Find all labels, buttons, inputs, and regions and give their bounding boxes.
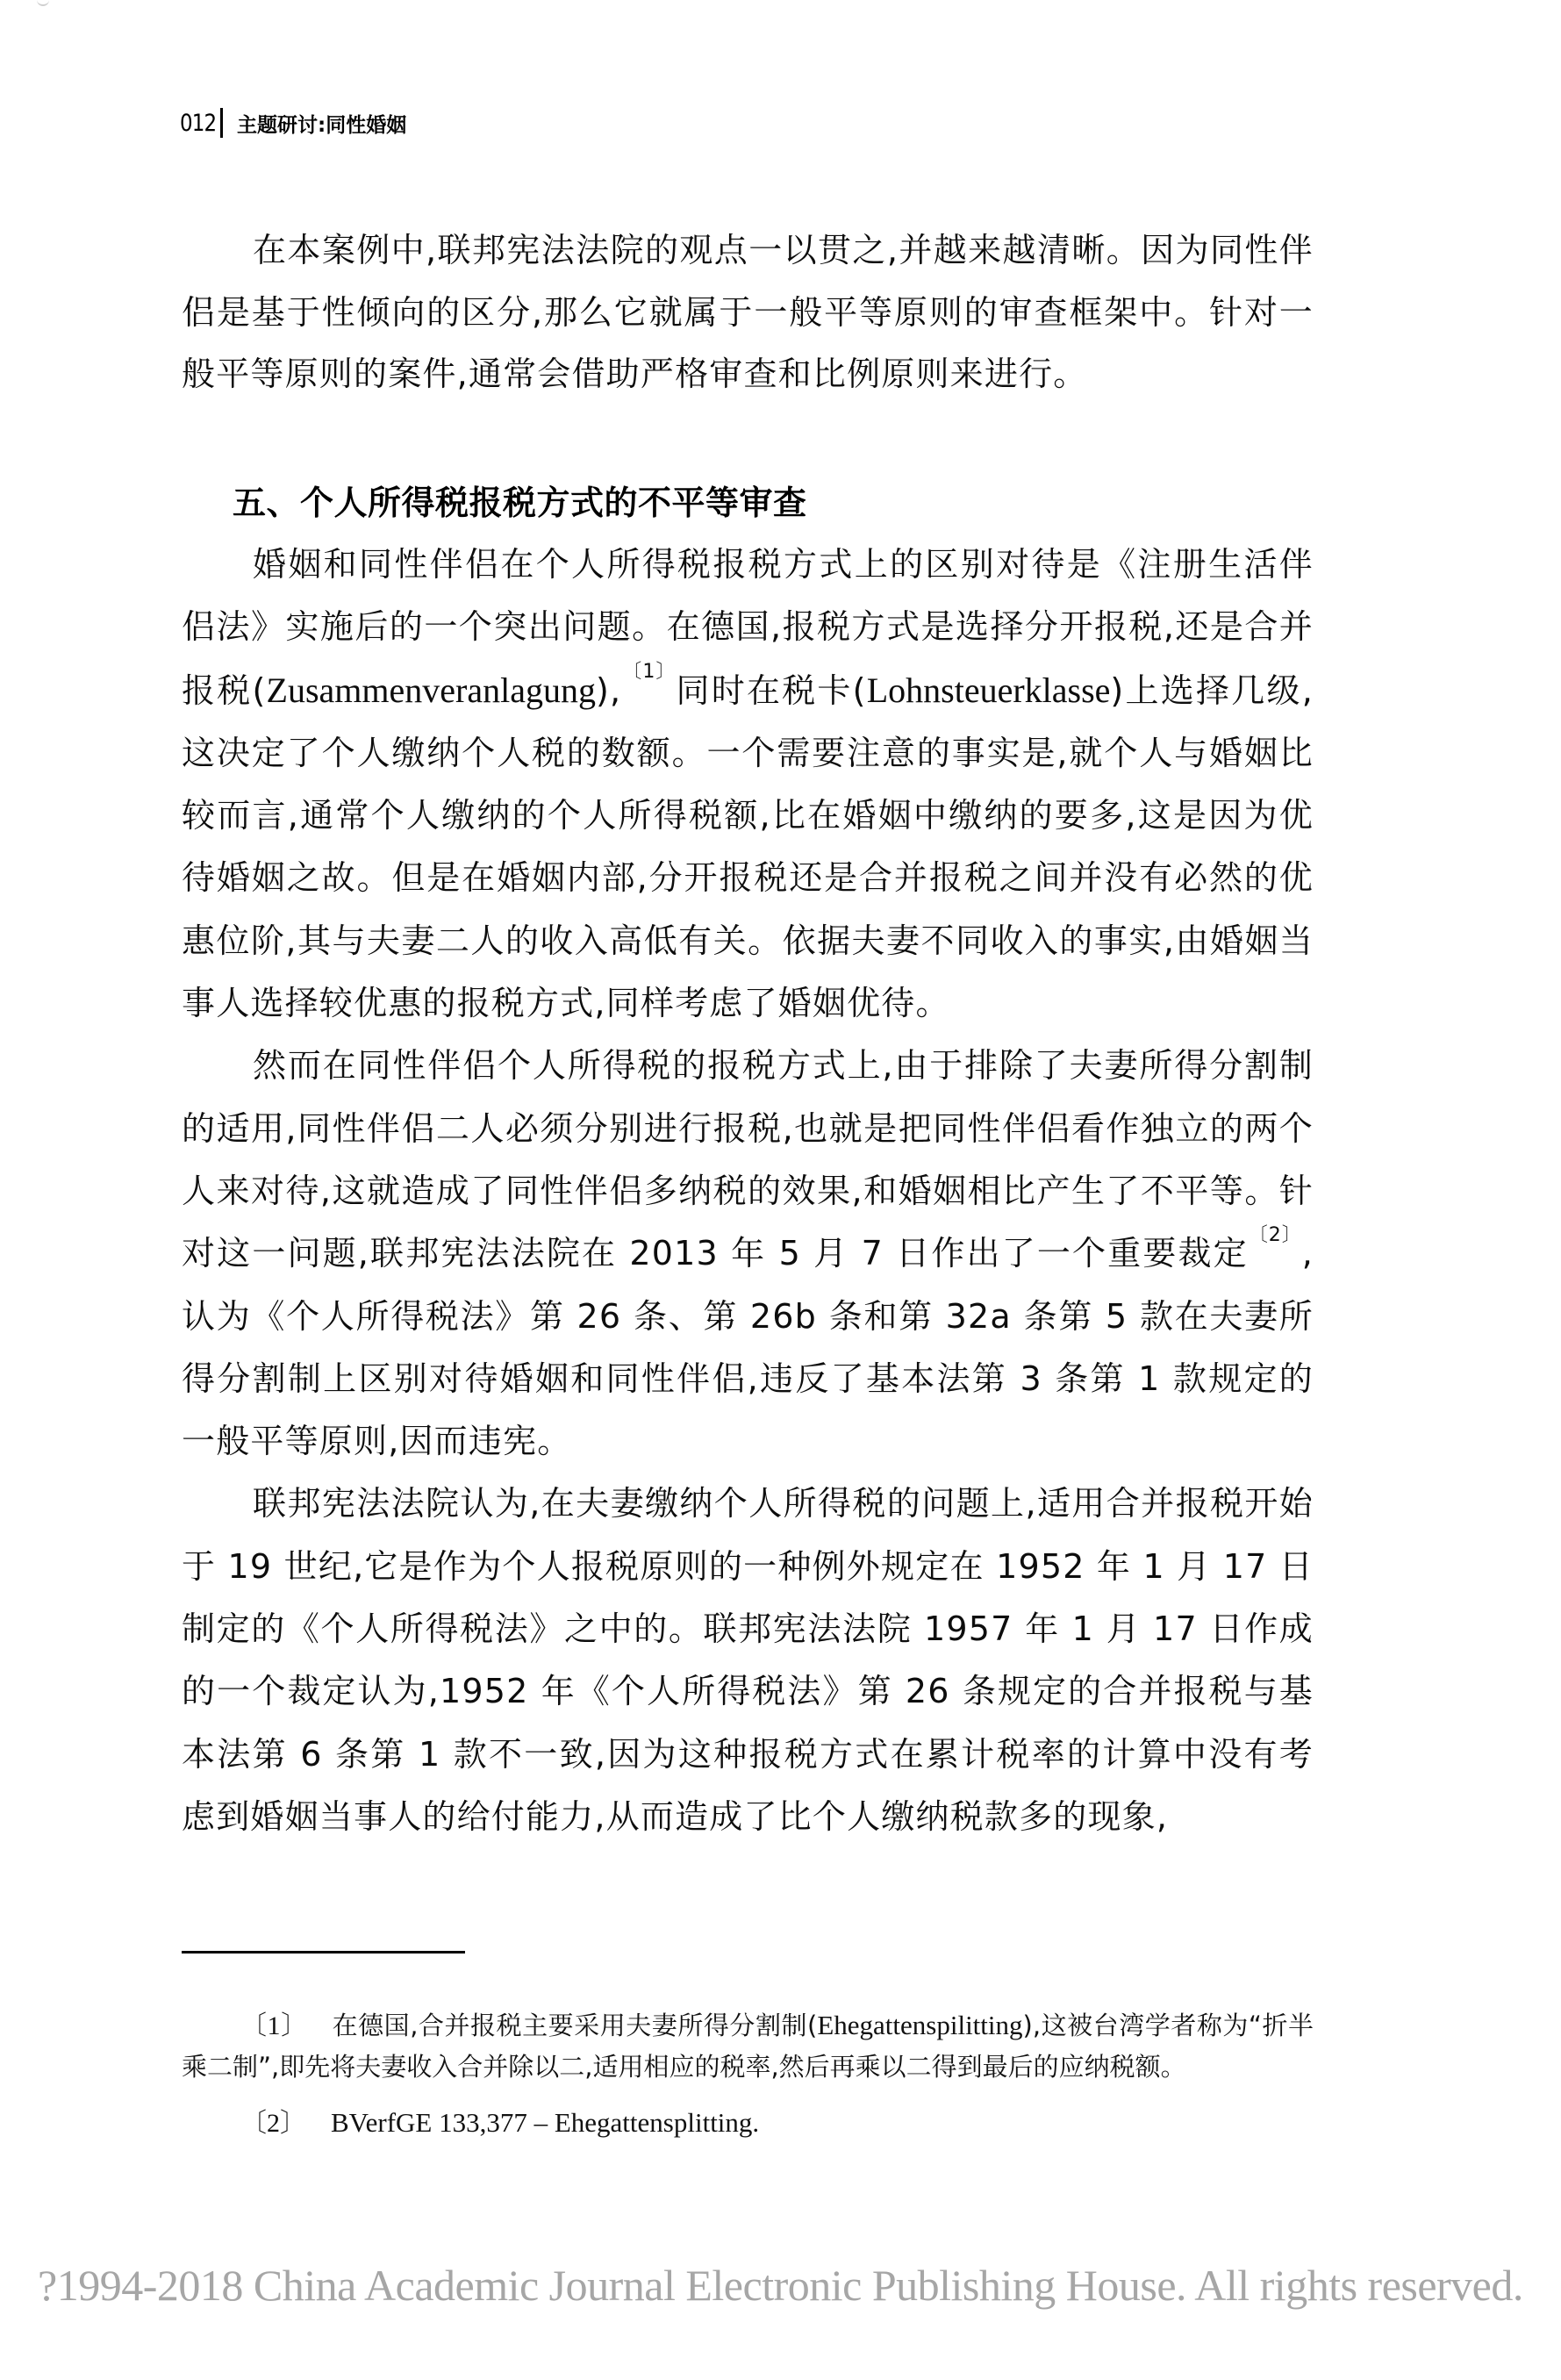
footnote-marker: 〔2〕 — [240, 2109, 306, 2138]
text-run: ), — [596, 671, 621, 710]
body-paragraph: 婚姻和同性伴侣在个人所得税报税方式上的区别对待是《注册生活伴侣法》实施后的一个突… — [182, 534, 1314, 1035]
footnote-reference-2[interactable]: 〔2〕 — [1249, 1224, 1302, 1246]
footnote-separator — [182, 1951, 465, 1953]
footnote-1: 〔1〕在德国,合并报税主要采用夫妻所得分割制(Ehegattenspilitti… — [182, 2005, 1314, 2087]
footnote-reference-1[interactable]: 〔1〕 — [621, 661, 676, 683]
footnote-text: 在德国,合并报税主要采用夫妻所得分割制( — [333, 2011, 818, 2040]
running-header: 012 主题研讨:同性婚姻 — [180, 105, 406, 140]
body-paragraph: 联邦宪法法院认为,在夫妻缴纳个人所得税的问题上,适用合并报税开始于 19 世纪,… — [182, 1473, 1314, 1848]
text-run: 然而在同性伴侣个人所得税的报税方式上,由于排除了夫妻所得分割制的适用,同性伴侣二… — [182, 1046, 1314, 1272]
footnote-2: 〔2〕BVerfGE 133,377 – Ehegattensplitting. — [182, 2103, 1314, 2144]
running-section-title: 主题研讨:同性婚姻 — [237, 109, 406, 138]
body-paragraph: 然而在同性伴侣个人所得税的报税方式上,由于排除了夫妻所得分割制的适用,同性伴侣二… — [182, 1035, 1314, 1473]
scan-artifact — [37, 0, 49, 6]
page-number: 012 — [180, 110, 210, 137]
document-page: 012 主题研讨:同性婚姻 在本案例中,联邦宪法法院的观点一以贯之,并越来越清晰… — [0, 0, 1561, 2380]
body-block-2: 婚姻和同性伴侣在个人所得税报税方式上的区别对待是《注册生活伴侣法》实施后的一个突… — [182, 534, 1314, 1848]
footnote-citation: BVerfGE 133,377 – Ehegattensplitting. — [331, 2107, 759, 2138]
section-heading: 五、个人所得税报税方式的不平等审查 — [233, 474, 807, 532]
german-term: Lohnsteuerklasse — [867, 670, 1111, 710]
body-block-1: 在本案例中,联邦宪法法院的观点一以贯之,并越来越清晰。因为同性伴侣是基于性倾向的… — [182, 219, 1314, 405]
german-term: Ehegattenspilitting — [817, 2010, 1022, 2040]
text-run: 同时在税卡( — [676, 671, 866, 710]
german-term: Zusammenveranlagung — [267, 670, 596, 710]
body-paragraph: 在本案例中,联邦宪法法院的观点一以贯之,并越来越清晰。因为同性伴侣是基于性倾向的… — [182, 219, 1314, 405]
footnotes: 〔1〕在德国,合并报税主要采用夫妻所得分割制(Ehegattenspilitti… — [182, 2005, 1314, 2160]
header-divider — [220, 108, 223, 138]
text-run: )上选择几级,这决定了个人缴纳个人税的数额。一个需要注意的事实是,就个人与婚姻比… — [182, 671, 1314, 1022]
copyright-text: ?1994-2018 China Academic Journal Electr… — [38, 2261, 1523, 2310]
footnote-marker: 〔1〕 — [240, 2011, 308, 2040]
copyright-watermark: ?1994-2018 China Academic Journal Electr… — [38, 2260, 1561, 2311]
